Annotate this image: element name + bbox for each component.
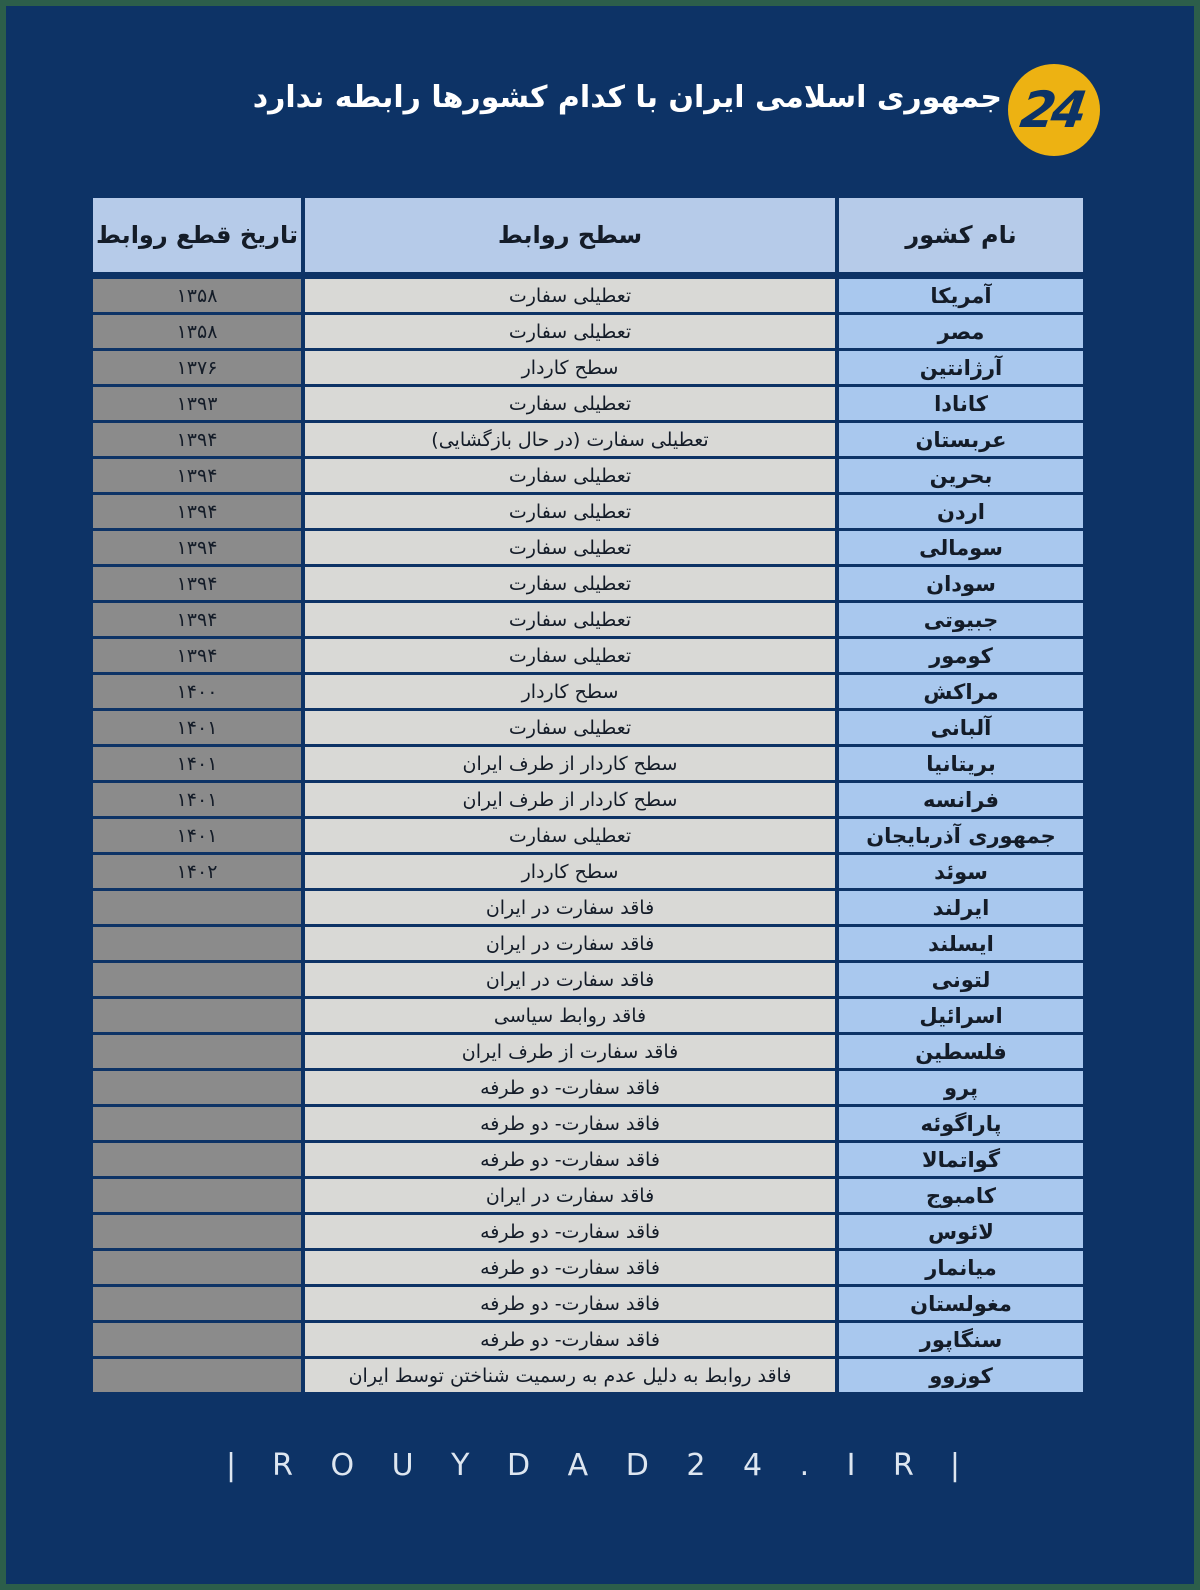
cut-date-cell: ۱۴۰۰ — [93, 675, 301, 708]
country-name-cell: مراکش — [839, 675, 1083, 708]
table-row: فاقد سفارت- دو طرفه پرو — [93, 1071, 1083, 1104]
table-row: ۱۳۹۴ تعطیلی سفارت سودان — [93, 567, 1083, 600]
relation-level-cell: سطح کاردار از طرف ایران — [305, 747, 835, 780]
table-row: ۱۳۵۸ تعطیلی سفارت آمریکا — [93, 279, 1083, 312]
cut-date-cell: ۱۳۹۴ — [93, 531, 301, 564]
country-name-cell: جبیوتی — [839, 603, 1083, 636]
relation-level-cell: سطح کاردار از طرف ایران — [305, 783, 835, 816]
country-name-cell: ایسلند — [839, 927, 1083, 960]
relation-level-cell: فاقد سفارت در ایران — [305, 963, 835, 996]
table-row: ۱۴۰۱ سطح کاردار از طرف ایران فرانسه — [93, 783, 1083, 816]
country-name-cell: پرو — [839, 1071, 1083, 1104]
cut-date-cell — [93, 1071, 301, 1104]
footer-site-url: R O U Y D A D 2 4 . I R — [272, 1448, 928, 1483]
cut-date-cell — [93, 999, 301, 1032]
table-row: فاقد سفارت- دو طرفه پاراگوئه — [93, 1107, 1083, 1140]
cut-date-cell — [93, 963, 301, 996]
relation-level-cell: فاقد روابط به دلیل عدم به رسمیت شناختن ت… — [305, 1359, 835, 1392]
table-row: فاقد سفارت- دو طرفه مغولستان — [93, 1287, 1083, 1320]
cut-date-cell — [93, 1143, 301, 1176]
country-name-cell: آمریکا — [839, 279, 1083, 312]
country-name-cell: مصر — [839, 315, 1083, 348]
relation-level-cell: تعطیلی سفارت — [305, 459, 835, 492]
table-row: ۱۳۹۳ تعطیلی سفارت کانادا — [93, 387, 1083, 420]
relation-level-cell: تعطیلی سفارت — [305, 495, 835, 528]
cut-date-cell: ۱۴۰۱ — [93, 747, 301, 780]
country-name-cell: بریتانیا — [839, 747, 1083, 780]
table-row: فاقد سفارت از طرف ایران فلسطین — [93, 1035, 1083, 1068]
relation-level-cell: سطح کاردار — [305, 855, 835, 888]
infographic-page: جمهوری اسلامی ایران با کدام کشورها رابطه… — [0, 0, 1200, 1590]
table-row: ۱۳۷۶ سطح کاردار آرژانتین — [93, 351, 1083, 384]
relation-level-cell: تعطیلی سفارت — [305, 531, 835, 564]
relation-level-cell: تعطیلی سفارت — [305, 567, 835, 600]
country-name-cell: سومالی — [839, 531, 1083, 564]
relation-level-cell: فاقد روابط سیاسی — [305, 999, 835, 1032]
cut-date-cell — [93, 891, 301, 924]
table-row: ۱۳۹۴ تعطیلی سفارت اردن — [93, 495, 1083, 528]
page-title: جمهوری اسلامی ایران با کدام کشورها رابطه… — [253, 80, 1002, 115]
cut-date-cell: ۱۳۹۳ — [93, 387, 301, 420]
cut-date-cell — [93, 1287, 301, 1320]
country-name-cell: آرژانتین — [839, 351, 1083, 384]
cut-date-cell — [93, 1107, 301, 1140]
cut-date-cell: ۱۴۰۱ — [93, 819, 301, 852]
footer-left-bar: | — [226, 1448, 250, 1483]
table-row: ۱۴۰۱ سطح کاردار از طرف ایران بریتانیا — [93, 747, 1083, 780]
table-row: فاقد روابط سیاسی اسرائیل — [93, 999, 1083, 1032]
country-name-cell: کومور — [839, 639, 1083, 672]
cut-date-cell: ۱۴۰۲ — [93, 855, 301, 888]
relation-level-cell: تعطیلی سفارت — [305, 639, 835, 672]
table-row: فاقد سفارت در ایران ایسلند — [93, 927, 1083, 960]
cut-date-cell — [93, 1359, 301, 1392]
table-row: ۱۴۰۱ تعطیلی سفارت جمهوری آذربایجان — [93, 819, 1083, 852]
relation-level-cell: فاقد سفارت در ایران — [305, 891, 835, 924]
column-header-country-name: نام کشور — [839, 198, 1083, 272]
country-name-cell: اسرائیل — [839, 999, 1083, 1032]
cut-date-cell: ۱۳۹۴ — [93, 423, 301, 456]
country-name-cell: لائوس — [839, 1215, 1083, 1248]
relation-level-cell: فاقد سفارت- دو طرفه — [305, 1107, 835, 1140]
table-header-row: تاریخ قطع روابط سطح روابط نام کشور — [93, 198, 1083, 272]
country-name-cell: بحرین — [839, 459, 1083, 492]
relation-level-cell: تعطیلی سفارت — [305, 315, 835, 348]
table-row: فاقد سفارت- دو طرفه میانمار — [93, 1251, 1083, 1284]
relation-level-cell: سطح کاردار — [305, 351, 835, 384]
cut-date-cell: ۱۴۰۱ — [93, 783, 301, 816]
country-name-cell: سودان — [839, 567, 1083, 600]
country-name-cell: مغولستان — [839, 1287, 1083, 1320]
country-name-cell: ایرلند — [839, 891, 1083, 924]
relation-level-cell: فاقد سفارت- دو طرفه — [305, 1251, 835, 1284]
country-name-cell: گواتمالا — [839, 1143, 1083, 1176]
table-row: فاقد سفارت- دو طرفه سنگاپور — [93, 1323, 1083, 1356]
country-name-cell: سوئد — [839, 855, 1083, 888]
cut-date-cell — [93, 927, 301, 960]
relation-level-cell: تعطیلی سفارت — [305, 603, 835, 636]
table-row: ۱۴۰۲ سطح کاردار سوئد — [93, 855, 1083, 888]
header: جمهوری اسلامی ایران با کدام کشورها رابطه… — [6, 6, 1194, 192]
table-row: فاقد روابط به دلیل عدم به رسمیت شناختن ت… — [93, 1359, 1083, 1392]
country-name-cell: کامبوج — [839, 1179, 1083, 1212]
relation-level-cell: تعطیلی سفارت — [305, 711, 835, 744]
cut-date-cell: ۱۳۹۴ — [93, 567, 301, 600]
table-row: فاقد سفارت در ایران لتونی — [93, 963, 1083, 996]
footer: |R O U Y D A D 2 4 . I R| — [6, 1448, 1194, 1483]
relation-level-cell: فاقد سفارت در ایران — [305, 1179, 835, 1212]
table-row: ۱۴۰۱ تعطیلی سفارت آلبانی — [93, 711, 1083, 744]
country-name-cell: جمهوری آذربایجان — [839, 819, 1083, 852]
cut-date-cell: ۱۳۵۸ — [93, 279, 301, 312]
relation-level-cell: تعطیلی سفارت — [305, 387, 835, 420]
cut-date-cell: ۱۳۵۸ — [93, 315, 301, 348]
relation-level-cell: فاقد سفارت- دو طرفه — [305, 1143, 835, 1176]
cut-date-cell: ۱۳۷۶ — [93, 351, 301, 384]
cut-date-cell — [93, 1035, 301, 1068]
rouydad24-logo: 24 — [1008, 64, 1100, 156]
cut-date-cell — [93, 1323, 301, 1356]
relation-level-cell: فاقد سفارت- دو طرفه — [305, 1071, 835, 1104]
relation-level-cell: سطح کاردار — [305, 675, 835, 708]
logo-24-icon: 24 — [1017, 81, 1091, 139]
column-header-cut-date: تاریخ قطع روابط — [93, 198, 301, 272]
country-name-cell: سنگاپور — [839, 1323, 1083, 1356]
country-name-cell: فرانسه — [839, 783, 1083, 816]
relation-level-cell: فاقد سفارت- دو طرفه — [305, 1287, 835, 1320]
country-name-cell: فلسطین — [839, 1035, 1083, 1068]
table-row: فاقد سفارت در ایران ایرلند — [93, 891, 1083, 924]
country-name-cell: کانادا — [839, 387, 1083, 420]
country-name-cell: لتونی — [839, 963, 1083, 996]
table-row: ۱۳۹۴ تعطیلی سفارت (در حال بازگشایی) عربس… — [93, 423, 1083, 456]
table-row: ۱۳۹۴ تعطیلی سفارت جبیوتی — [93, 603, 1083, 636]
table-row: فاقد سفارت- دو طرفه لائوس — [93, 1215, 1083, 1248]
country-name-cell: آلبانی — [839, 711, 1083, 744]
cut-date-cell: ۱۳۹۴ — [93, 459, 301, 492]
relation-level-cell: فاقد سفارت در ایران — [305, 927, 835, 960]
cut-date-cell — [93, 1251, 301, 1284]
relation-level-cell: فاقد سفارت از طرف ایران — [305, 1035, 835, 1068]
table-row: فاقد سفارت در ایران کامبوج — [93, 1179, 1083, 1212]
table-row: ۱۳۵۸ تعطیلی سفارت مصر — [93, 315, 1083, 348]
relation-level-cell: فاقد سفارت- دو طرفه — [305, 1323, 835, 1356]
table-row: ۱۳۹۴ تعطیلی سفارت بحرین — [93, 459, 1083, 492]
country-name-cell: کوزوو — [839, 1359, 1083, 1392]
cut-date-cell — [93, 1215, 301, 1248]
footer-right-bar: | — [950, 1448, 974, 1483]
cut-date-cell: ۱۳۹۴ — [93, 639, 301, 672]
country-name-cell: پاراگوئه — [839, 1107, 1083, 1140]
column-header-relation-level: سطح روابط — [305, 198, 835, 272]
country-name-cell: میانمار — [839, 1251, 1083, 1284]
table-row: ۱۴۰۰ سطح کاردار مراکش — [93, 675, 1083, 708]
table-row: فاقد سفارت- دو طرفه گواتمالا — [93, 1143, 1083, 1176]
relation-level-cell: تعطیلی سفارت — [305, 279, 835, 312]
cut-date-cell — [93, 1179, 301, 1212]
relation-level-cell: فاقد سفارت- دو طرفه — [305, 1215, 835, 1248]
cut-date-cell: ۱۳۹۴ — [93, 495, 301, 528]
country-name-cell: اردن — [839, 495, 1083, 528]
cut-date-cell: ۱۴۰۱ — [93, 711, 301, 744]
relation-level-cell: تعطیلی سفارت (در حال بازگشایی) — [305, 423, 835, 456]
table-row: ۱۳۹۴ تعطیلی سفارت کومور — [93, 639, 1083, 672]
relation-level-cell: تعطیلی سفارت — [305, 819, 835, 852]
relations-table: تاریخ قطع روابط سطح روابط نام کشور ۱۳۵۸ … — [93, 198, 1083, 1392]
cut-date-cell: ۱۳۹۴ — [93, 603, 301, 636]
country-name-cell: عربستان — [839, 423, 1083, 456]
table-row: ۱۳۹۴ تعطیلی سفارت سومالی — [93, 531, 1083, 564]
